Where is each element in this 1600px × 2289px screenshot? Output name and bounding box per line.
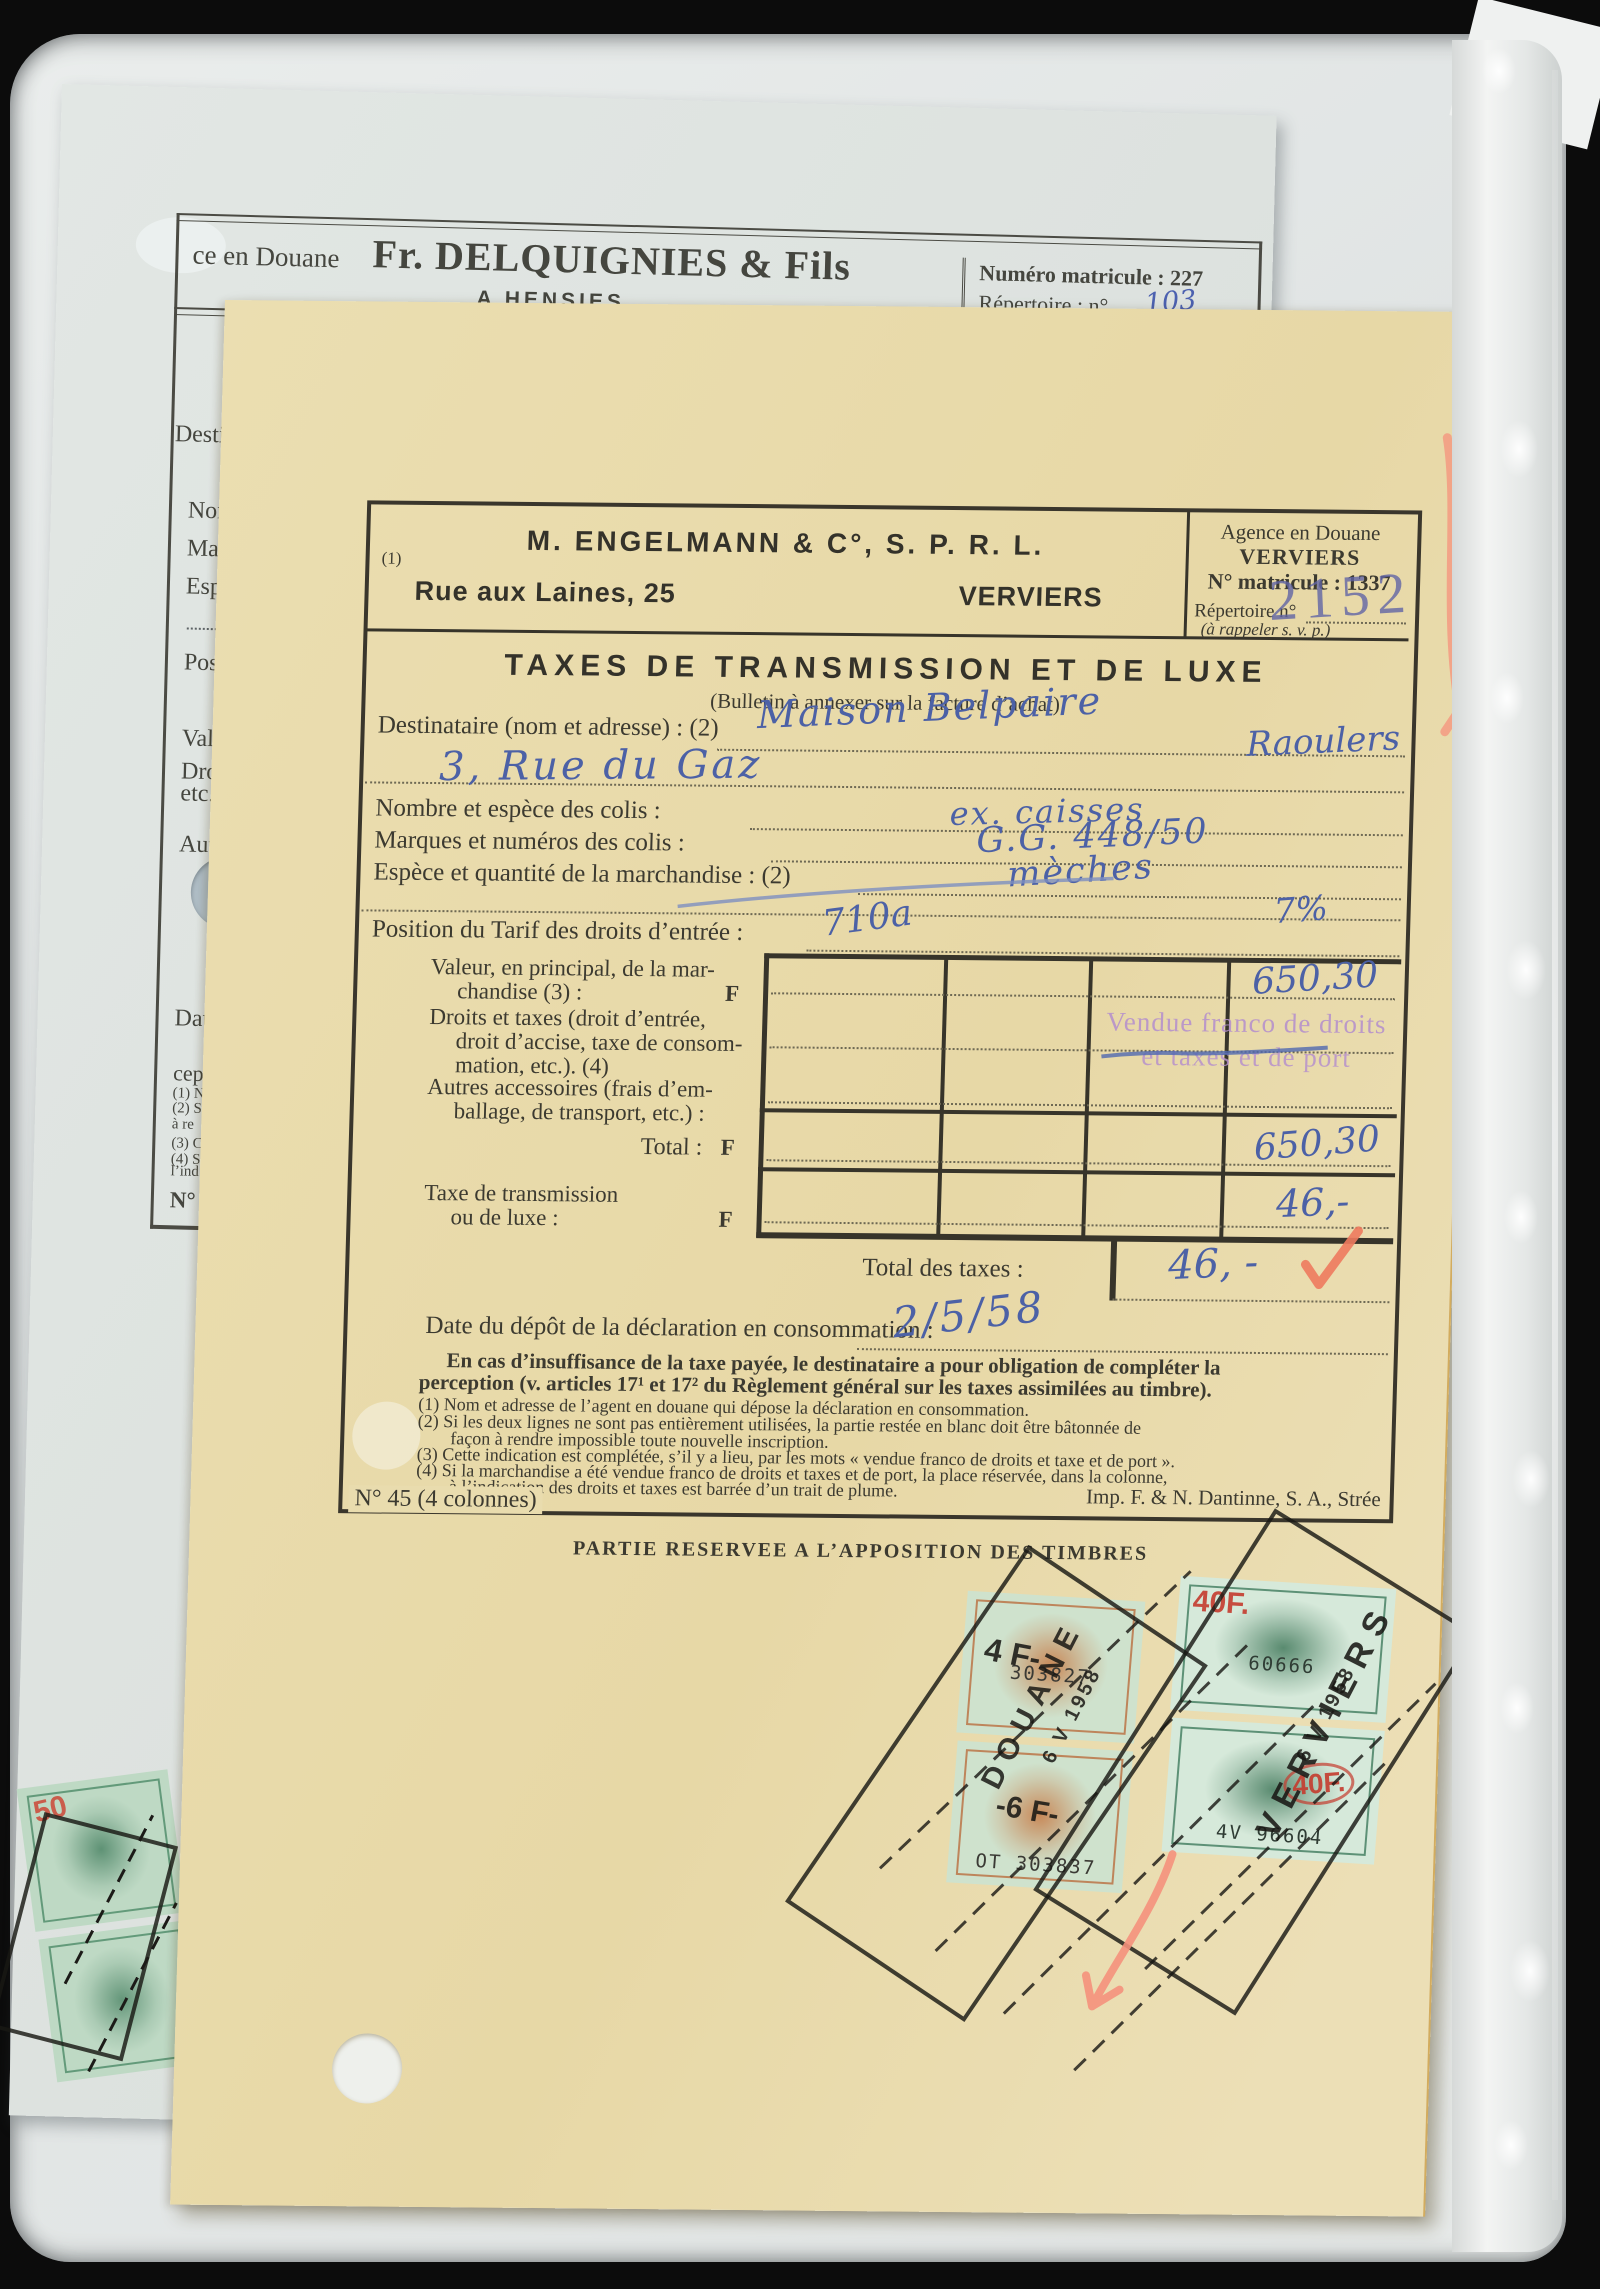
blue-strike-on-stamp xyxy=(1101,1045,1327,1058)
red-arrow-annotation xyxy=(1085,1853,1172,2007)
back-note-2: (2) S xyxy=(172,1100,202,1118)
sleeve-glint xyxy=(1500,420,1538,478)
sleeve-glint xyxy=(1494,2120,1528,2170)
sleeve-glint xyxy=(1506,940,1546,1000)
cancel-stripes xyxy=(874,1568,1438,2073)
blue-batonnee-stroke xyxy=(678,874,1114,910)
sleeve-glint xyxy=(1482,48,1516,94)
sleeve-glint xyxy=(1504,1190,1538,1244)
binder-strip xyxy=(1452,40,1562,2252)
sleeve-edge-highlight xyxy=(1552,70,1558,2200)
album-photo: ce en Douane Fr. DELQUIGNIES & Fils A HE… xyxy=(0,0,1600,2289)
back-label-no: N° xyxy=(169,1187,195,1214)
sleeve-glint xyxy=(1490,672,1524,724)
front-document: (1) M. ENGELMANN & C°, S. P. R. L. Rue a… xyxy=(170,300,1480,2217)
back-note-2b: à re xyxy=(172,1116,194,1134)
back-agency-name: Fr. DELQUIGNIES & Fils xyxy=(372,230,851,290)
sleeve-glint xyxy=(1500,1682,1534,1734)
back-note-4b: l’ind xyxy=(170,1163,199,1181)
annotations-layer xyxy=(170,300,1478,2217)
back-agency-prefix: ce en Douane xyxy=(192,239,340,274)
red-checkmark xyxy=(1305,1230,1359,1284)
sleeve-glint xyxy=(1510,1940,1550,2002)
back-label-val: Val xyxy=(182,725,215,753)
sleeve-glint xyxy=(1512,1450,1550,1508)
